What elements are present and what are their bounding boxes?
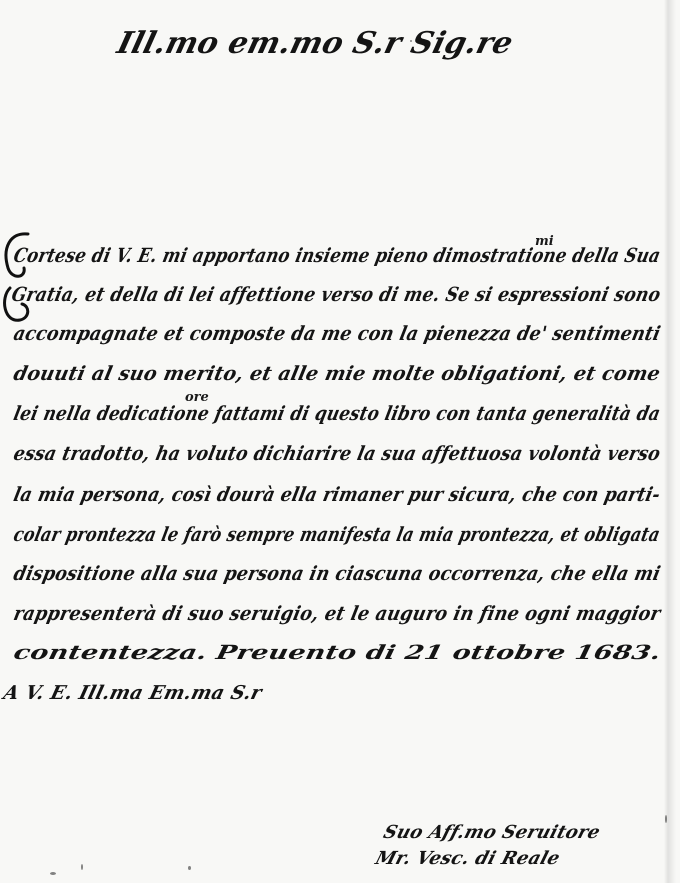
address-line: A V. E. Ill.ma Em.ma S.r: [1, 682, 264, 704]
letter-line-7: la mia persona, così dourà ella rimaner …: [12, 483, 663, 506]
letter-line-10: rappresenterà di suo seruigio, et le aug…: [12, 602, 663, 625]
superscript-mi: mi: [535, 234, 554, 249]
paper-speck: [188, 866, 191, 870]
manuscript-page: Ill.mo em.mo S.r Sig.re Cortese di V. E.…: [0, 0, 680, 883]
letter-line-1: Cortese di V. E. mi apportano insieme pi…: [12, 244, 663, 267]
letter-line-9: dispositione alla sua persona in ciascun…: [12, 562, 663, 585]
letter-line-8: colar prontezza le farò sempre manifesta…: [12, 523, 663, 546]
letter-line-2: Gratia, et della di lei affettione verso…: [10, 283, 663, 306]
paper-speck: [665, 815, 667, 823]
header-salutation: Ill.mo em.mo S.r Sig.re: [114, 26, 517, 61]
letter-line-11: contentezza. Preuento di 21 ottobre 1683…: [12, 641, 664, 664]
paper-speck: [50, 872, 56, 875]
letter-line-3: accompagnate et composte da me con la pi…: [12, 322, 663, 345]
paper-speck: [81, 864, 83, 870]
letter-line-5: lei nella dedicatione fattami di questo …: [12, 402, 663, 425]
letter-line-4: douuti al suo merito, et alle mie molte …: [12, 362, 663, 385]
signature-line: Mr. Vesc. di Reale: [373, 848, 562, 869]
letter-line-6: essa tradotto, ha voluto dichiarire la s…: [12, 442, 663, 465]
closing-line: Suo Aff.mo Seruitore: [381, 822, 603, 843]
